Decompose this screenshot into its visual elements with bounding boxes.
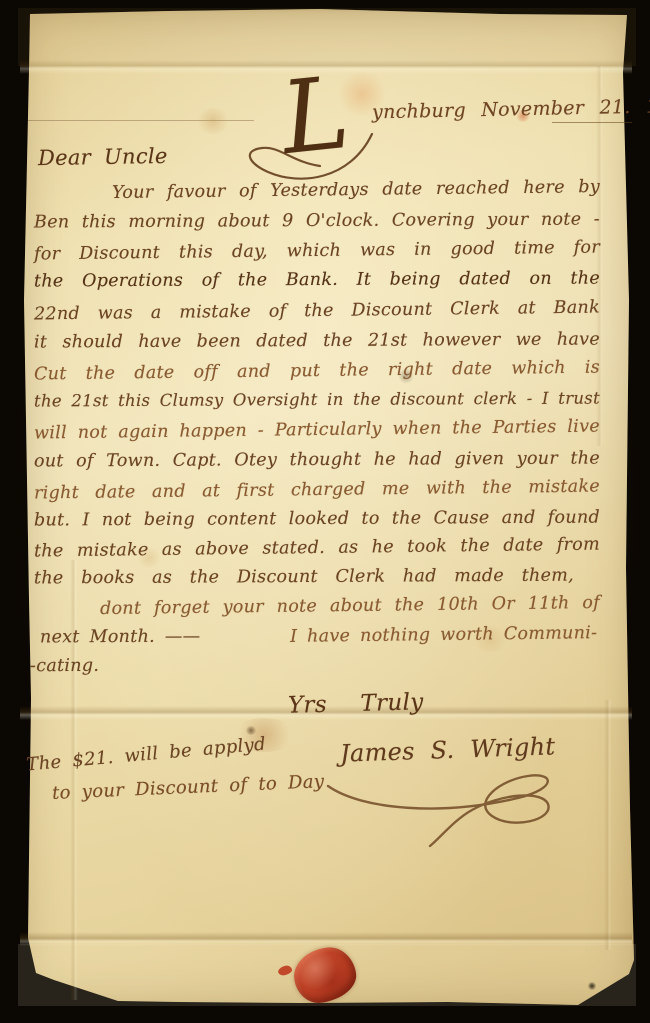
letter-line: -cating. (30, 656, 99, 676)
stain (196, 108, 230, 134)
letter-line: but. I not being content looked to the C… (34, 508, 600, 531)
signature-flourish (322, 758, 578, 850)
letter-line: I have nothing worth Communi- (290, 623, 598, 647)
letter-line: it should have been dated the 21st howev… (34, 330, 600, 353)
date-underline (552, 122, 632, 123)
salutation: Dear Uncle (38, 144, 168, 170)
speck (588, 982, 596, 990)
fold-crease-vertical-left (70, 560, 78, 1000)
fold-crease-vertical-right-lower (604, 700, 612, 950)
letter-line: the 21st this Clumsy Oversight in the di… (34, 389, 600, 411)
letter-scan: L ynchburg November 21. 1821 Dear Uncle … (0, 0, 650, 1023)
letter-line: next Month. —— (40, 627, 201, 648)
fold-crease-bottom (20, 932, 632, 946)
letter-line: the books as the Discount Clerk had made… (34, 566, 574, 589)
letter-line: out of Town. Capt. Otey thought he had g… (34, 449, 600, 472)
letter-line: the Operations of the Bank. It being dat… (34, 269, 600, 292)
valediction: Yrs Truly (288, 689, 424, 719)
letter-line: Ben this morning about 9 O'clock. Coveri… (34, 210, 600, 233)
